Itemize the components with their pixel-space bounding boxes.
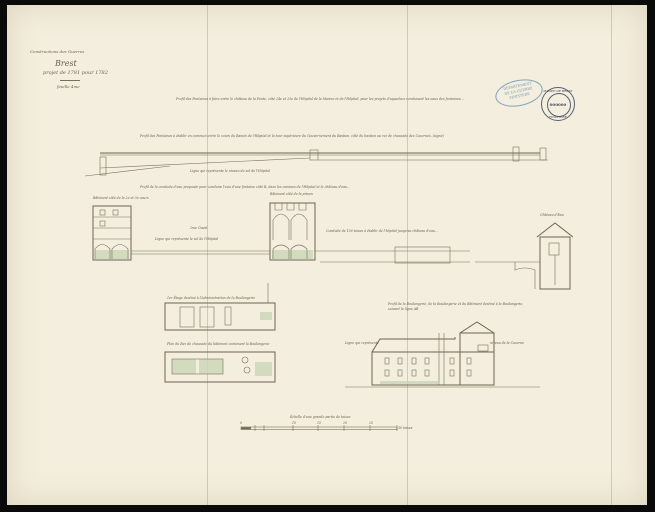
- scale-tick: 15: [317, 421, 321, 425]
- floor-plans: [165, 283, 275, 382]
- scale-bar: [241, 425, 397, 431]
- profile-1-drawing: [85, 147, 548, 176]
- chateau-eau-drawing: [475, 223, 573, 289]
- scale-tick: 25: [369, 421, 373, 425]
- technical-drawings: [0, 0, 655, 512]
- building-left-section: [93, 206, 270, 260]
- building-middle-section: [270, 203, 470, 263]
- scale-tick: 20: [343, 421, 347, 425]
- scale-tick: 0: [240, 421, 242, 425]
- boulangerie-elevation: [345, 322, 540, 387]
- scale-tick: 30 toises: [398, 426, 412, 430]
- scale-tick: 10: [292, 421, 296, 425]
